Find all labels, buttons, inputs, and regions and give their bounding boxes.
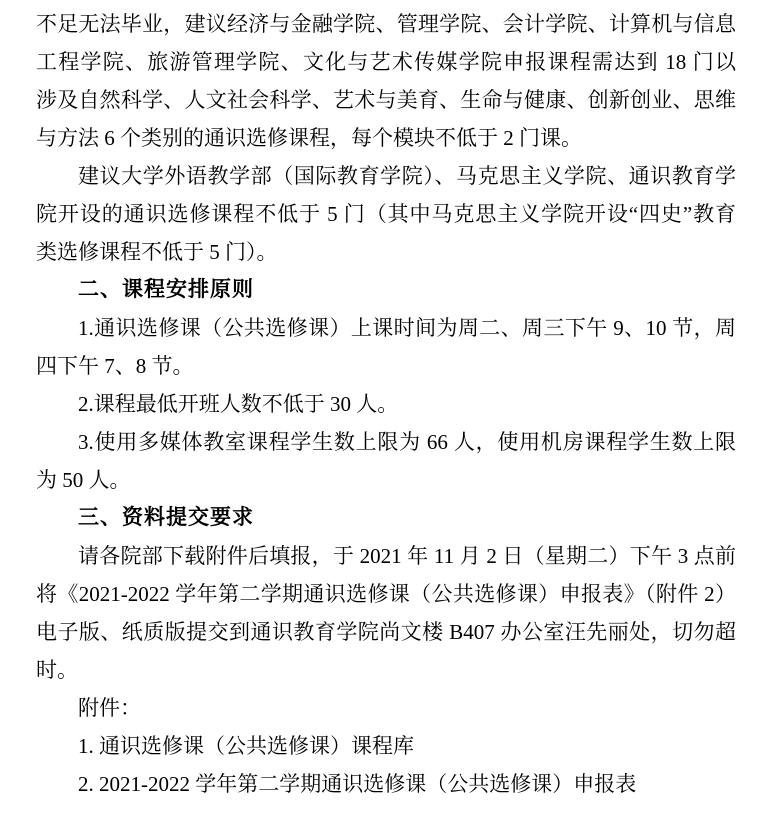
section-heading-2-course-arrangement: 二、课程安排原则: [36, 271, 736, 309]
paragraph-college-course-requirements: 不足无法毕业，建议经济与金融学院、管理学院、会计学院、计算机与信息工程学院、旅游…: [36, 5, 736, 157]
document-line: 2.课程最低开班人数不低于 30 人。: [36, 385, 736, 423]
paragraph-item-2-min-enrollment: 2.课程最低开班人数不低于 30 人。: [36, 385, 736, 423]
document-line: 建议大学外语教学部（国际教育学院）、马克思主义学院、通识教育学: [36, 157, 736, 195]
attachment-item-2: 2. 2021-2022 学年第二学期通识选修课（公共选修课）申报表: [36, 765, 736, 803]
document-line: 请各院部下载附件后填报，于 2021 年 11 月 2 日（星期二）下午 3 点…: [36, 537, 736, 575]
document-line: 电子版、纸质版提交到通识教育学院尚文楼 B407 办公室汪先丽处，切勿超: [36, 613, 736, 651]
document-line: 四下午 7、8 节。: [36, 347, 736, 385]
paragraph-attachments-label: 附件：: [36, 689, 736, 727]
paragraph-teaching-department-requirements: 建议大学外语教学部（国际教育学院）、马克思主义学院、通识教育学院开设的通识选修课…: [36, 157, 736, 271]
paragraph-item-3-max-enrollment: 3.使用多媒体教室课程学生数上限为 66 人，使用机房课程学生数上限为 50 人…: [36, 423, 736, 499]
document-line: 将《2021-2022 学年第二学期通识选修课（公共选修课）申报表》（附件 2）: [36, 575, 736, 613]
document-line: 3.使用多媒体教室课程学生数上限为 66 人，使用机房课程学生数上限: [36, 423, 736, 461]
document-line: 不足无法毕业，建议经济与金融学院、管理学院、会计学院、计算机与信息: [36, 5, 736, 43]
attachment-item-1: 1. 通识选修课（公共选修课）课程库: [36, 727, 736, 765]
document-line: 类选修课程不低于 5 门）。: [36, 233, 736, 271]
document-line: 1.通识选修课（公共选修课）上课时间为周二、周三下午 9、10 节，周: [36, 309, 736, 347]
document-line: 1. 通识选修课（公共选修课）课程库: [36, 727, 736, 765]
document-line: 为 50 人。: [36, 461, 736, 499]
paragraph-submission-instructions: 请各院部下载附件后填报，于 2021 年 11 月 2 日（星期二）下午 3 点…: [36, 537, 736, 689]
section-heading-3-submission-requirements: 三、资料提交要求: [36, 499, 736, 537]
document-page: 不足无法毕业，建议经济与金融学院、管理学院、会计学院、计算机与信息工程学院、旅游…: [0, 0, 769, 817]
document-line: 与方法 6 个类别的通识选修课程，每个模块不低于 2 门课。: [36, 119, 736, 157]
document-line: 附件：: [36, 689, 736, 727]
document-line: 院开设的通识选修课程不低于 5 门（其中马克思主义学院开设“四史”教育: [36, 195, 736, 233]
paragraph-item-1-class-time: 1.通识选修课（公共选修课）上课时间为周二、周三下午 9、10 节，周四下午 7…: [36, 309, 736, 385]
document-line: 工程学院、旅游管理学院、文化与艺术传媒学院申报课程需达到 18 门以上，: [36, 43, 736, 81]
document-line: 时。: [36, 651, 736, 689]
document-line: 2. 2021-2022 学年第二学期通识选修课（公共选修课）申报表: [36, 765, 736, 803]
document-line: 涉及自然科学、人文社会科学、艺术与美育、生命与健康、创新创业、思维: [36, 81, 736, 119]
